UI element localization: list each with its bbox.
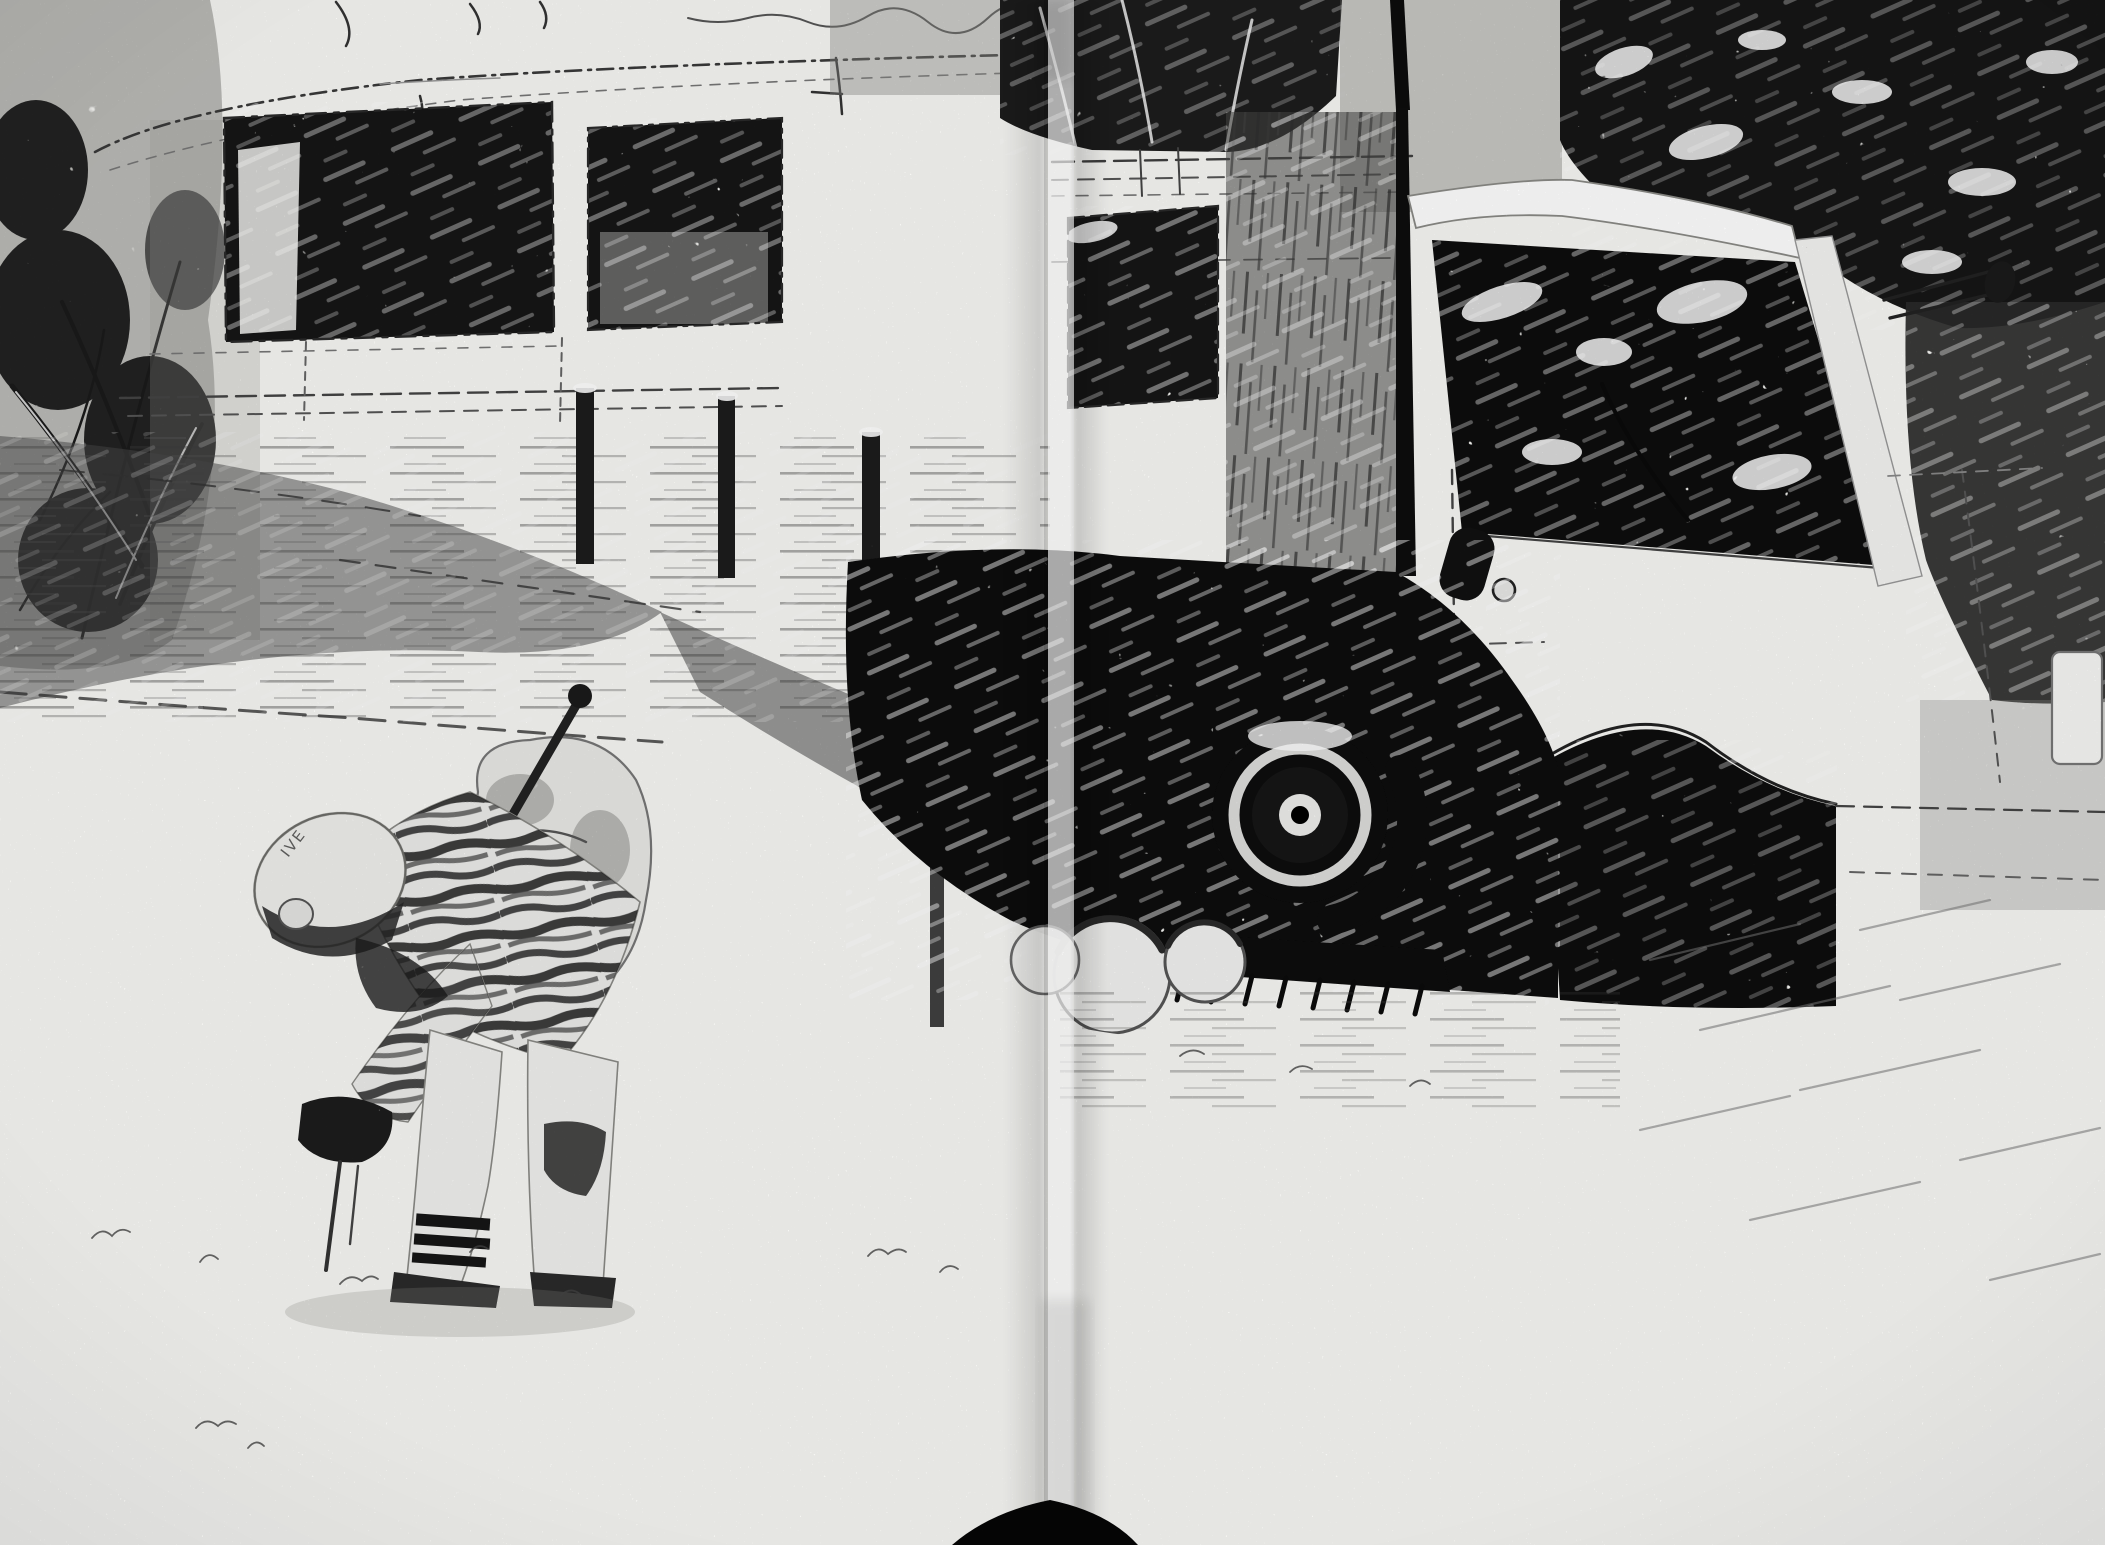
book-spread-scan: Snowstorm spread - figure in winter gear… <box>0 0 2105 1545</box>
vignette <box>0 0 2105 1545</box>
spread-artwork: Snowstorm spread - figure in winter gear… <box>0 0 2105 1545</box>
